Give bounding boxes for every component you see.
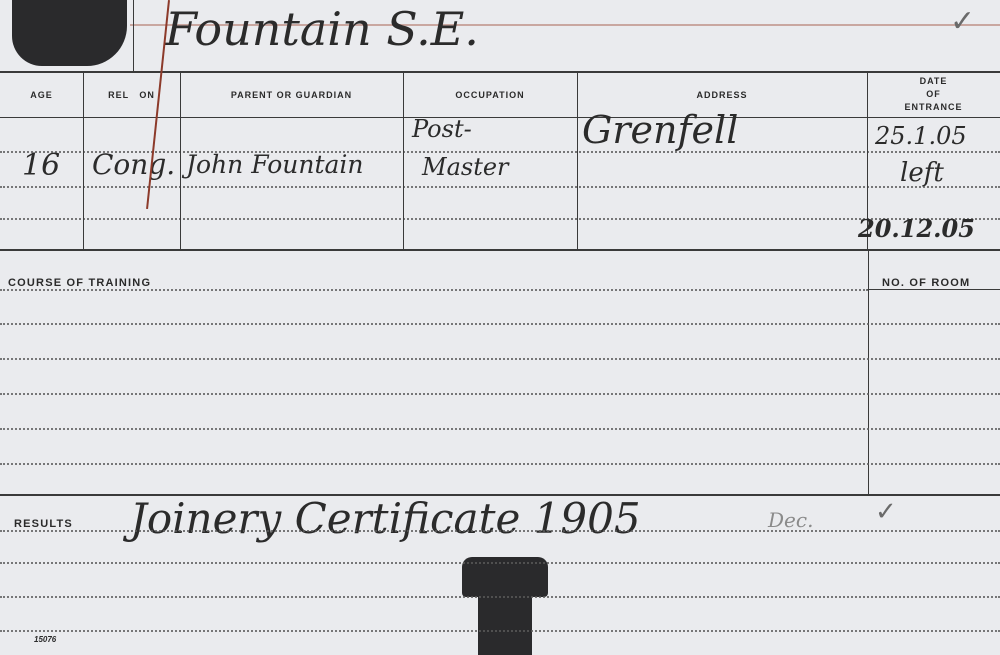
religion-value: Cong.: [92, 148, 175, 181]
table-bottom-rule: [0, 249, 1000, 251]
header-parent-or-guardian: PARENT OR GUARDIAN: [180, 90, 403, 100]
training-dotted-rule: [0, 428, 1000, 430]
training-dotted-rule: [0, 393, 1000, 395]
results-dotted-rule: [0, 630, 1000, 632]
left-date-value: 20.12.05: [858, 214, 975, 243]
check-mark-icon: ✓: [950, 4, 975, 39]
header-date-line1: DATE: [867, 75, 1000, 88]
header-bottom-rule: [0, 117, 1000, 118]
left-label: left: [900, 158, 944, 188]
results-dotted-rule: [0, 530, 1000, 532]
results-dotted-rule: [0, 562, 1000, 564]
results-check-icon: ✓: [875, 496, 897, 527]
date-of-entrance-value: 25.1.05: [875, 122, 967, 150]
parent-value: John Fountain: [186, 150, 364, 179]
results-value: Joinery Certificate 1905: [130, 494, 641, 543]
table-top-rule: [0, 71, 1000, 73]
header-age: AGE: [0, 90, 83, 100]
room-col-divider: [868, 250, 869, 494]
training-dotted-rule: [0, 289, 868, 291]
course-of-training-label: COURSE OF TRAINING: [8, 277, 151, 289]
header-date-line3: ENTRANCE: [867, 101, 1000, 114]
header-religion: REL ON: [83, 90, 180, 100]
card-serial-number: 15076: [34, 635, 56, 644]
header-occupation: OCCUPATION: [403, 90, 577, 100]
punch-hole-bottom-stem: [478, 595, 532, 655]
dotted-rule: [0, 218, 1000, 220]
training-dotted-rule: [0, 463, 1000, 465]
enrollment-card: Fountain S.E. ✓ AGE REL ON PARENT OR GUA…: [0, 0, 1000, 655]
results-dotted-rule: [0, 596, 1000, 598]
header-date-line2: OF: [867, 88, 1000, 101]
room-underline: [867, 289, 1000, 290]
margin-line: [133, 0, 134, 72]
occupation-line2: Master: [422, 153, 509, 181]
results-suffix: Dec.: [768, 508, 813, 532]
no-of-room-label: NO. OF ROOM: [882, 277, 970, 289]
training-dotted-rule: [0, 358, 1000, 360]
results-label: RESULTS: [14, 518, 73, 530]
header-date-of-entrance: DATE OF ENTRANCE: [867, 75, 1000, 114]
student-name: Fountain S.E.: [165, 2, 479, 56]
header-address: ADDRESS: [577, 90, 867, 100]
training-dotted-rule: [0, 323, 1000, 325]
address-value: Grenfell: [582, 108, 738, 152]
occupation-line1: Post-: [412, 115, 472, 143]
age-value: 16: [22, 148, 60, 183]
punch-hole-top: [12, 0, 127, 66]
